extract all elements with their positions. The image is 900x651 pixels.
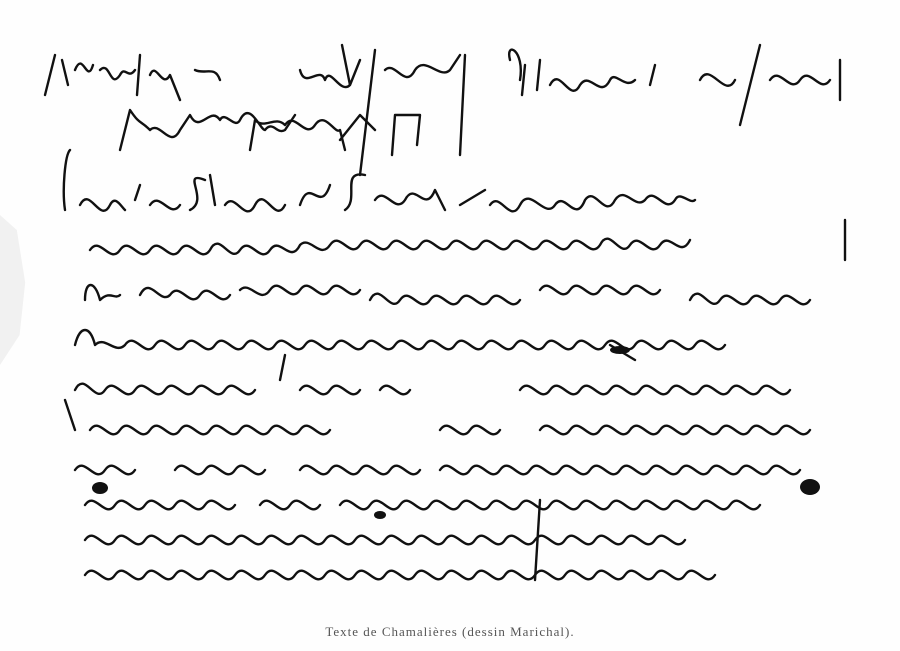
figure-caption: Texte de Chamalières (dessin Marichal).	[0, 624, 900, 640]
ink-blot	[92, 482, 108, 494]
script-line-1	[45, 45, 840, 175]
script-line-9	[75, 466, 800, 475]
script-line-8	[65, 400, 810, 434]
facsimile-page: Texte de Chamalières (dessin Marichal).	[0, 0, 900, 651]
script-line-5	[85, 285, 810, 304]
script-line-10	[85, 501, 760, 510]
script-line-4	[90, 220, 845, 260]
script-line-7	[75, 355, 790, 394]
handwritten-text	[0, 0, 900, 620]
script-line-2	[120, 110, 420, 155]
ink-blot	[800, 479, 820, 495]
script-line-6	[75, 330, 725, 360]
script-line-11	[85, 500, 685, 580]
script-line-3	[64, 150, 695, 211]
ink-blot	[374, 511, 386, 519]
script-line-12	[85, 571, 715, 580]
ink-blot	[610, 346, 630, 354]
